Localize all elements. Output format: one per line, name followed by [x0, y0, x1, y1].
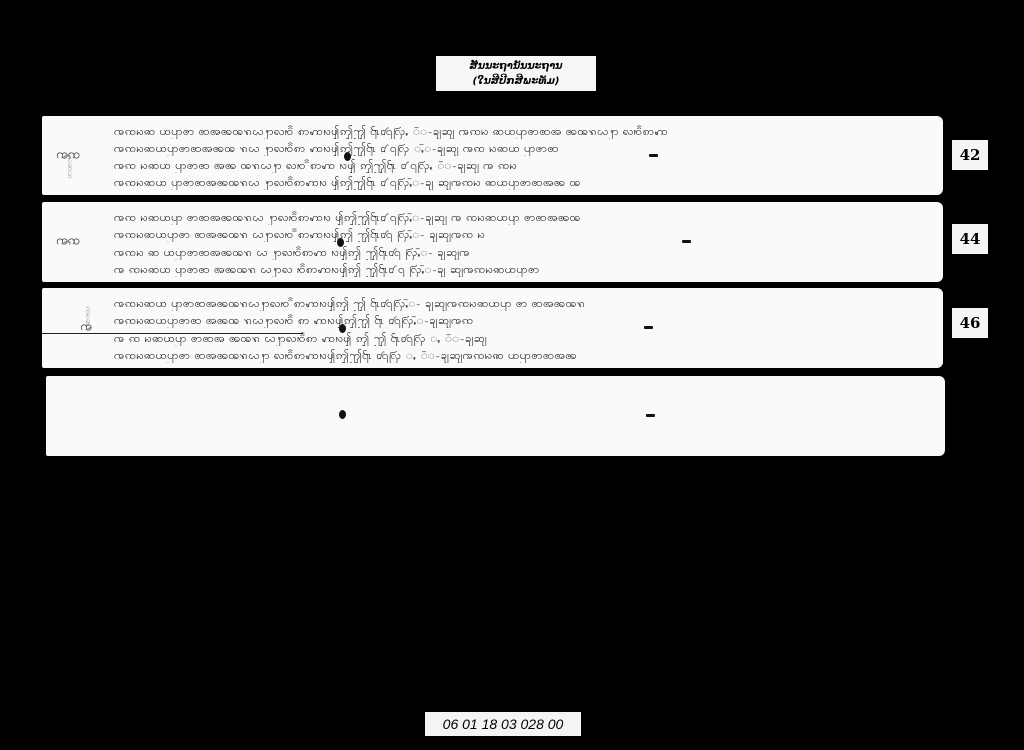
binding-hole: [339, 324, 346, 333]
page-number-tag: 44: [952, 224, 988, 254]
palm-leaf-3: ꩠ ꩡꩢꩣ ꩠꩡꩢꩣꩤ ꩥꩦꩧꩨꩩꩪꩫꩬꩭꩮꩯ ꩰꩱꩲꩳꩴꩵ ꩶ ꩷꩸꩹ꩺꩻꩼꩽ…: [42, 288, 943, 368]
binding-hole: [339, 410, 346, 419]
text-line: ꩠꩡ ꩢꩣꩤꩥ ꩦꩧꩨꩩꩪꩫꩬ ꩭꩮꩯꩰꩱꩲꩳ ꩴꩵꩶ꩷꩸ ꩹ꩺꩻꩼꩽꩾꩿ ꩠ …: [114, 209, 873, 225]
palm-leaf-1: ꩠꩡ ꩢꩣꩤ ꩠꩡꩢꩣ ꩤꩥꩦ ꩧꩨꩩꩪꩫꩬꩭꩮꩯꩰ ꩱꩲꩳꩴꩵꩶ ꩷꩸꩹ꩺꩻ …: [42, 116, 943, 195]
collection-title-label: ສັນນະຖານັນນະຖານ (ໃນສີປີກສີພະທັມ): [436, 56, 596, 91]
palm-leaf-4-blank: [46, 376, 945, 456]
leaf-margin-sublabel: ꩢꩣꩤ: [64, 158, 76, 179]
leaf-text-lines: ꩠꩡꩢꩣ ꩤꩥꩦ ꩧꩨꩩꩪꩫꩬꩭꩮꩯꩰ ꩱꩲꩳꩴꩵꩶ ꩷꩸꩹ꩺꩻ ꩼꩽꩾꩿ ꩠꩡ…: [114, 122, 873, 191]
text-line: ꩠꩡꩢꩣꩤ ꩥꩦꩧꩨꩩꩪꩫꩬꩭꩮꩯ ꩰꩱꩲꩳꩴꩵ ꩶ ꩷꩸꩹ꩺꩻꩼꩽ ꩾꩿꩠꩡꩢ…: [114, 295, 873, 311]
page-number-tag: 46: [952, 308, 988, 338]
binding-hole: [337, 238, 344, 247]
binding-hole: [682, 240, 691, 243]
text-line: ꩠꩡꩢꩣ ꩤꩥꩦ ꩧꩨꩩꩪꩫꩬꩭꩮꩯꩰ ꩱꩲꩳꩴꩵꩶ ꩷꩸꩹ꩺꩻ ꩼꩽꩾꩿ ꩠꩡ…: [114, 123, 873, 139]
binding-hole: [649, 154, 658, 157]
binding-hole: [644, 326, 653, 329]
text-line: ꩠ ꩡꩢꩣꩤ ꩥꩦꩧ ꩨꩩꩪꩫ ꩬꩭꩮ ꩯꩰꩱꩲꩳꩴꩵ ꩶ꩷꩸ ꩹ ꩺꩻꩼꩽꩾ …: [114, 261, 873, 277]
page-number-tag: 42: [952, 140, 988, 170]
text-line: ꩠꩡꩢ ꩣ ꩤꩥꩦꩧꩨꩩꩪꩫ ꩬ ꩭꩮꩯꩰꩱꩲ ꩳꩴꩵ ꩶ꩷꩸꩹ ꩺꩻꩼꩽ ꩾꩿ…: [114, 244, 873, 260]
leaf-text-lines: ꩠꩡ ꩢꩣꩤꩥ ꩦꩧꩨꩩꩪꩫꩬ ꩭꩮꩯꩰꩱꩲꩳ ꩴꩵꩶ꩷꩸ ꩹ꩺꩻꩼꩽꩾꩿ ꩠ …: [114, 208, 873, 278]
text-line: ꩠ ꩡ ꩢꩣꩤꩥ ꩦꩧꩨ ꩩꩪꩫ ꩬꩭꩮꩯꩰꩱ ꩲꩳꩴ ꩵ ꩶ ꩷꩸꩹ꩺ ꩻ ꩼ…: [114, 330, 873, 346]
microfilm-frame-id: 06 01 18 03 028 00: [425, 712, 581, 736]
leaf-margin-label: ꩠꩡ: [56, 233, 81, 252]
text-line: ꩠꩡꩢꩣꩤ ꩥꩦꩧꩨꩩꩪꩫꩬ ꩭꩮꩯꩰꩱꩲꩳ ꩴꩵꩶ꩷ ꩸ ꩹ꩺꩻꩼꩽꩾ ꩿꩠꩡ…: [114, 174, 873, 190]
text-line: ꩠꩡꩢꩣꩤꩥꩦꩧꩨꩩꩪ ꩫꩬ ꩭꩮꩯꩰꩱ ꩲꩳꩴꩵꩶ꩷ ꩸ ꩹ꩺ ꩻꩼꩽꩾꩿ ꩠ…: [114, 140, 873, 156]
text-line: ꩠꩡꩢꩣꩤꩥꩦ ꩧꩨꩩꩪꩫꩬꩭ ꩮꩯꩰꩱꩲꩳꩴꩵꩶ꩷ ꩸꩹ꩺ ꩻ ꩼꩽꩾꩿꩠꩡꩢ…: [114, 347, 873, 363]
collection-title-line2: (ໃນສີປີກສີພະທັມ): [436, 74, 596, 89]
text-line: ꩠꩡꩢꩣꩤꩥꩦ ꩧꩨꩩꩪꩫ ꩬꩭꩮꩯ ꩰꩱꩲꩳꩴꩵ ꩶ꩷꩸꩹ ꩺꩻꩼꩽ ꩾꩿꩠꩡ…: [114, 226, 873, 242]
text-line: ꩠꩡꩢꩣꩤꩥꩦꩧ ꩨꩩꩪ ꩫꩬꩭꩮꩯꩰ ꩱ ꩲꩳꩴꩵꩶ ꩷ ꩸꩹ꩺꩻꩼꩽꩾꩿꩠꩡ: [114, 312, 873, 328]
palm-leaf-2: ꩠꩡ ꩠꩡ ꩢꩣꩤꩥ ꩦꩧꩨꩩꩪꩫꩬ ꩭꩮꩯꩰꩱꩲꩳ ꩴꩵꩶ꩷꩸ ꩹ꩺꩻꩼꩽꩾꩿ…: [42, 202, 943, 282]
collection-title-line1: ສັນນະຖານັນນະຖານ: [436, 59, 596, 74]
binding-hole: [646, 414, 655, 417]
text-line: ꩠꩡ ꩢꩣꩤ ꩥꩦꩧ ꩨꩩ ꩪꩫꩬꩭ ꩮꩯ ꩰꩱꩲ ꩳꩴ ꩵꩶ꩷ ꩸ ꩹ꩺꩻ ꩼ…: [114, 157, 873, 173]
leaf-margin-sublabel: ꩡꩢꩣ: [82, 306, 94, 326]
leaf-text-lines: ꩠꩡꩢꩣꩤ ꩥꩦꩧꩨꩩꩪꩫꩬꩭꩮꩯ ꩰꩱꩲꩳꩴꩵ ꩶ ꩷꩸꩹ꩺꩻꩼꩽ ꩾꩿꩠꩡꩢ…: [114, 294, 873, 364]
binding-hole: [344, 152, 351, 161]
